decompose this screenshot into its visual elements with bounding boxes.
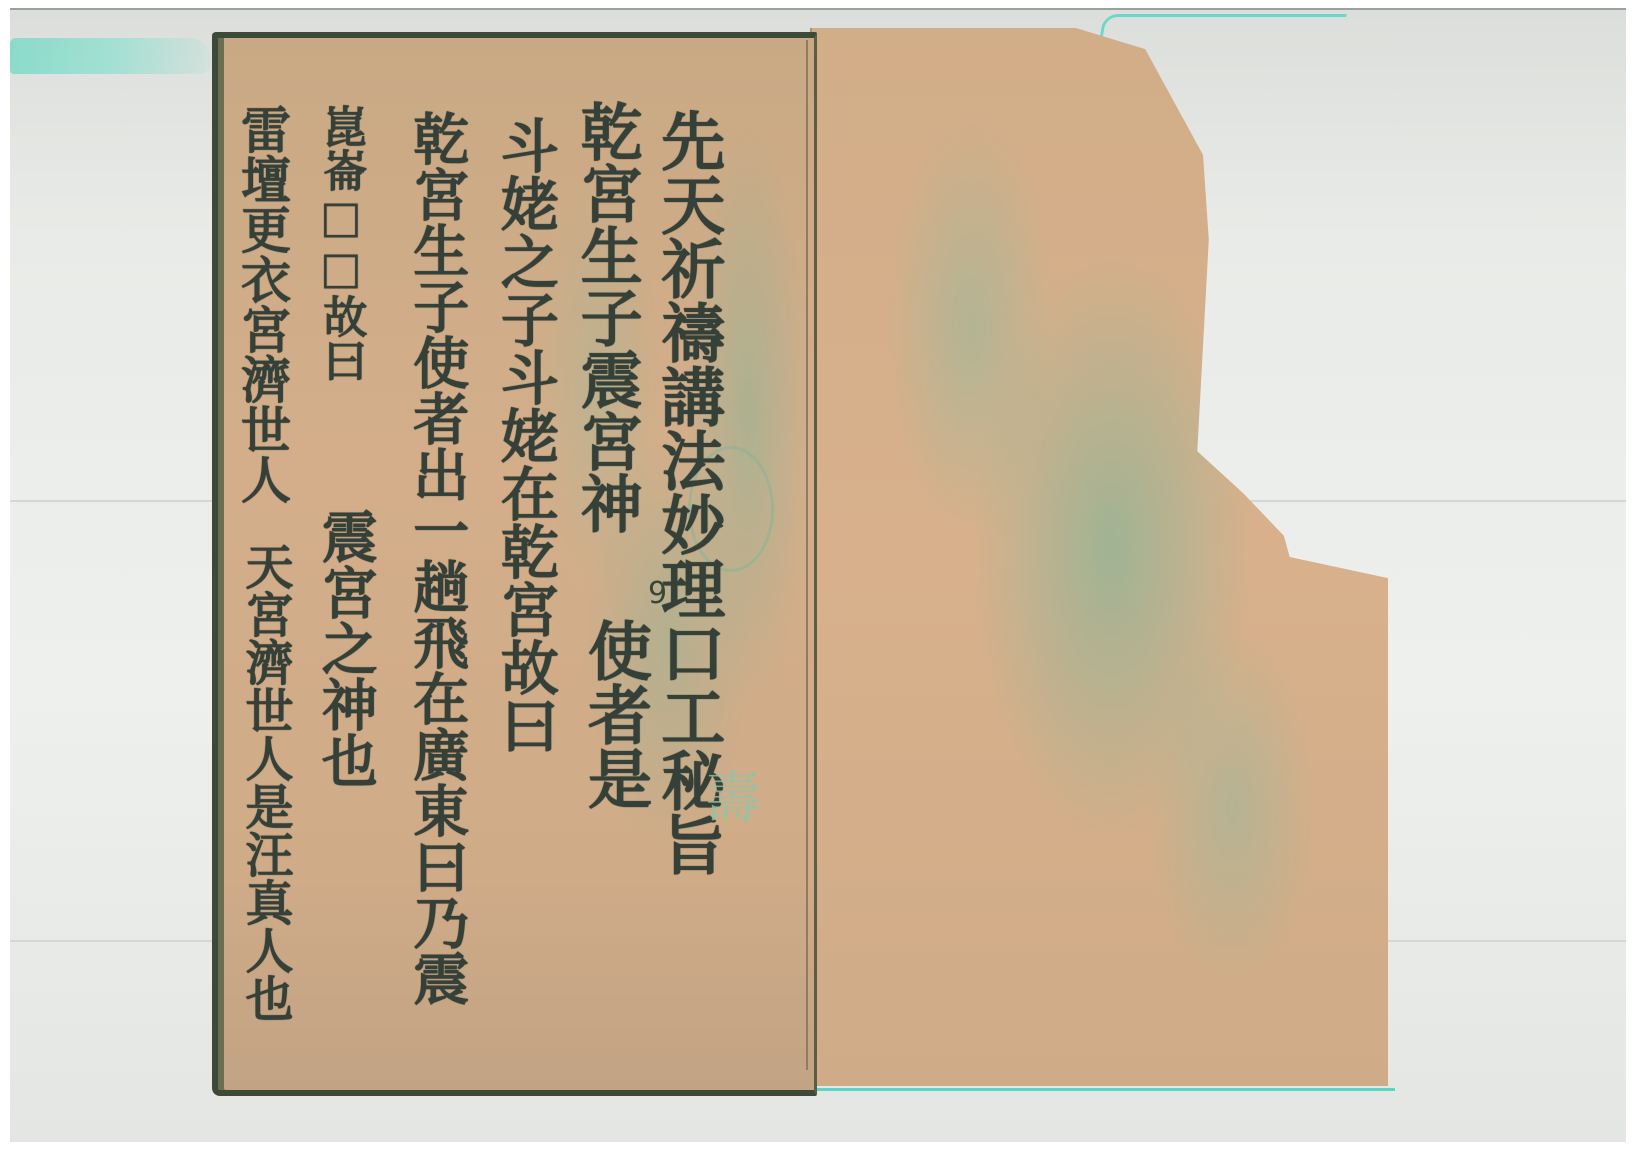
book-spine — [806, 40, 808, 1070]
column-4: 乾宮生子使者出一趟飛在廣東曰乃震 — [408, 110, 466, 1006]
column-2-continuation: 使者是 — [582, 618, 646, 810]
column-3: 斗姥之子斗姥在乾宮故曰 — [494, 116, 555, 754]
column-1-title: 先天祈禱講法妙理口工秘旨 — [654, 108, 721, 876]
page-number: 9 — [648, 576, 667, 611]
faded-seal-stamp: 壽 — [698, 768, 768, 858]
column-2: 乾宮生子震宮神 — [574, 100, 639, 534]
column-7: 天宮濟世人是汪真人也 — [240, 542, 289, 1022]
cyan-stain-artifact — [10, 38, 210, 74]
left-page: 先天祈禱講法妙理口工秘旨 乾宮生子震宮神 使者是 9 斗姥之子斗姥在乾宮故曰 乾… — [212, 32, 817, 1096]
column-5: 崑崙□□故曰 — [316, 104, 364, 382]
column-5-continuation: 震宮之神也 — [316, 508, 375, 788]
column-6: 雷壇更衣宮濟世人 — [236, 104, 289, 504]
